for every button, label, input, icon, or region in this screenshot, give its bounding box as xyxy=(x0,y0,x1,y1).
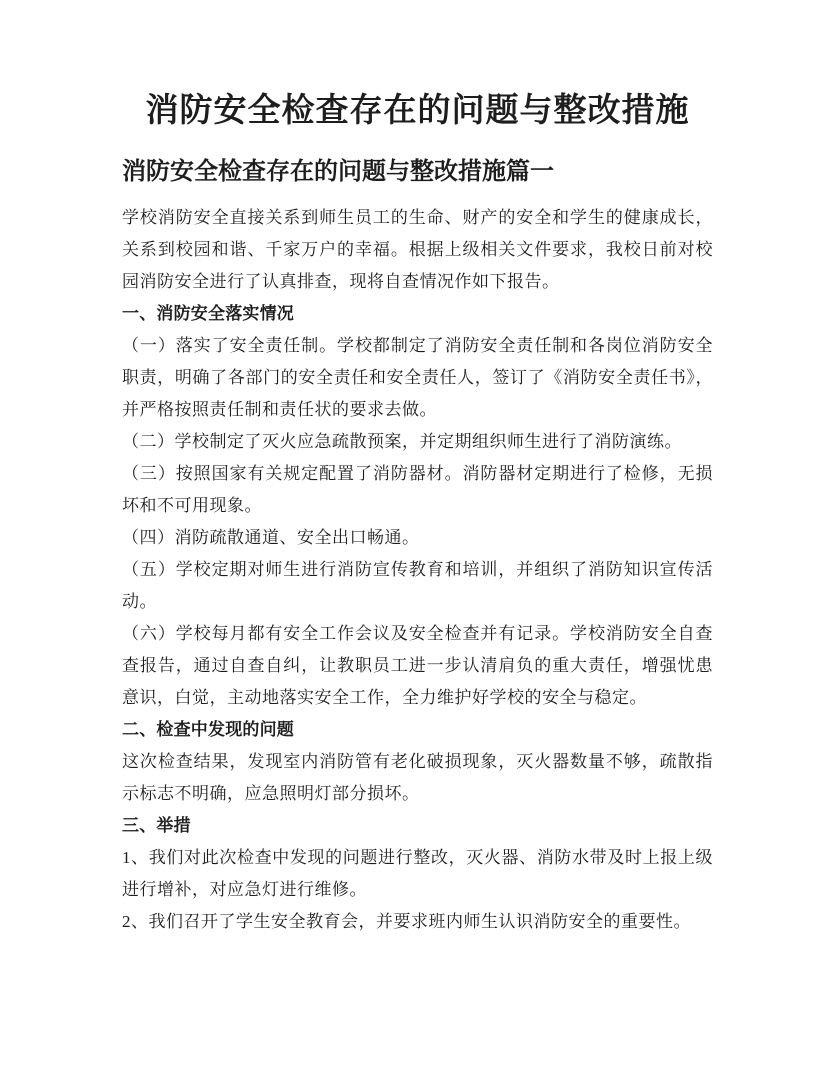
body-paragraph: 1、我们对此次检查中发现的问题进行整改，灭火器、消防水带及时上报上级进行增补，对… xyxy=(122,842,713,906)
body-paragraph: （六）学校每月都有安全工作会议及安全检查并有记录。学校消防安全自查查报告，通过自… xyxy=(122,618,713,714)
document-title: 消防安全检查存在的问题与整改措施 xyxy=(122,86,713,136)
body-paragraph: 学校消防安全直接关系到师生员工的生命、财产的安全和学生的健康成长，关系到校园和谐… xyxy=(122,202,713,298)
body-paragraph: 这次检查结果，发现室内消防管有老化破损现象，灭火器数量不够，疏散指示标志不明确，… xyxy=(122,746,713,810)
section-heading: 一、消防安全落实情况 xyxy=(122,298,713,330)
body-paragraph: （二）学校制定了灭火应急疏散预案，并定期组织师生进行了消防演练。 xyxy=(122,426,713,458)
section-heading: 三、举措 xyxy=(122,810,713,842)
body-paragraph: （三）按照国家有关规定配置了消防器材。消防器材定期进行了检修，无损坏和不可用现象… xyxy=(122,458,713,522)
document-subtitle: 消防安全检查存在的问题与整改措施篇一 xyxy=(122,152,713,192)
body-paragraph: 2、我们召开了学生安全教育会，并要求班内师生认识消防安全的重要性。 xyxy=(122,906,713,938)
section-heading: 二、检查中发现的问题 xyxy=(122,714,713,746)
document-page: 消防安全检查存在的问题与整改措施 消防安全检查存在的问题与整改措施篇一 学校消防… xyxy=(0,0,834,1080)
body-paragraph: （一）落实了安全责任制。学校都制定了消防安全责任制和各岗位消防安全职责，明确了各… xyxy=(122,330,713,426)
body-paragraph: （四）消防疏散通道、安全出口畅通。 xyxy=(122,522,713,554)
body-paragraph: （五）学校定期对师生进行消防宣传教育和培训，并组织了消防知识宣传活动。 xyxy=(122,554,713,618)
document-body: 学校消防安全直接关系到师生员工的生命、财产的安全和学生的健康成长，关系到校园和谐… xyxy=(122,202,713,938)
